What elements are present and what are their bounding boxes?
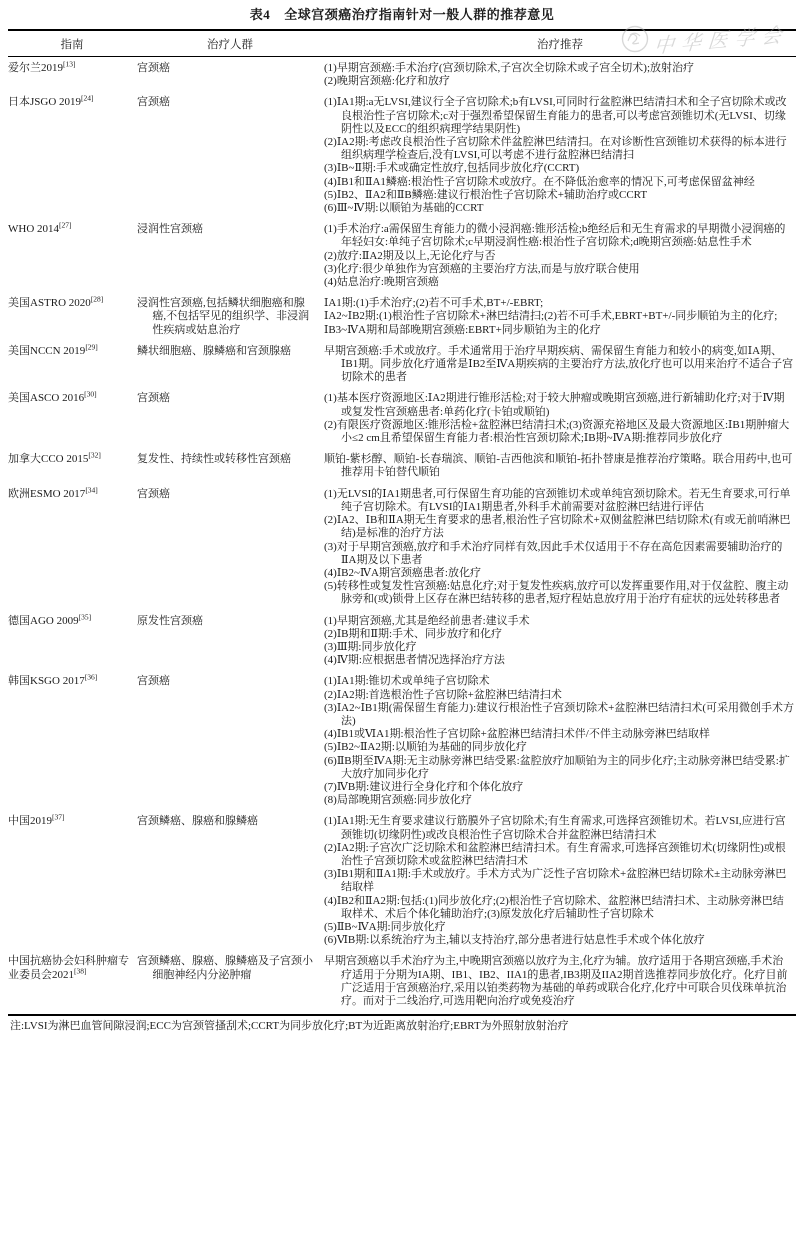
table-title: 表4全球宫颈癌治疗指南针对一般人群的推荐意见	[0, 0, 804, 23]
guideline-cell: 德国AGO 2009[35]	[8, 615, 136, 668]
guideline-name: 韩国KSGO 2017	[8, 675, 85, 687]
table-row: 美国NCCN 2019[29] 鳞状细胞癌、腺鳞癌和宫颈腺癌 早期宫颈癌:手术或…	[8, 345, 796, 385]
guideline-cell: 美国NCCN 2019[29]	[8, 345, 136, 385]
guideline-name: 加拿大CCO 2015	[8, 453, 88, 465]
recommendation-item: 早期宫颈癌:手术或放疗。手术通常用于治疗早期疾病、需保留生育能力和较小的病变,如…	[324, 345, 794, 385]
reference-marker: [32]	[88, 451, 101, 460]
recommendation-item: (3)ⅠB1期和ⅡA1期:手术或放疗。手术方式为广泛性子宫切除术+盆腔淋巴结切除…	[324, 868, 794, 894]
reference-marker: [38]	[74, 966, 87, 975]
population-cell: 宫颈癌	[151, 675, 324, 807]
recommendation-item: (4)Ⅳ期:应根据患者情况选择治疗方法	[324, 654, 794, 667]
recommendation-item: (6)Ⅲ~Ⅳ期:以顺铂为基础的CCRT	[324, 202, 794, 215]
recommendation-cell: (1)基本医疗资源地区:ⅠA2期进行锥形活检;对于较大肿瘤或晚期宫颈癌,进行新辅…	[324, 392, 796, 445]
population-cell: 宫颈鳞癌、腺癌和腺鳞癌	[151, 815, 324, 947]
guideline-cell: 日本JSGO 2019[24]	[8, 96, 136, 215]
reference-marker: [27]	[59, 221, 72, 230]
guideline-name: 德国AGO 2009	[8, 615, 79, 627]
recommendation-item: (3)Ⅲ期:同步放化疗	[324, 641, 794, 654]
recommendation-item: ⅠA2~ⅠB2期:(1)根治性子宫切除术+淋巴结清扫;(2)若不可手术,EBRT…	[324, 310, 794, 323]
table-header-row: 指南 治疗人群 治疗推荐	[8, 31, 796, 57]
guideline-cell: 中国2019[37]	[8, 815, 136, 947]
population-cell: 宫颈癌	[151, 392, 324, 445]
recommendation-cell: (1)无LVSI的ⅠA1期患者,可行保留生育功能的宫颈锥切术或单纯宫颈切除术。若…	[324, 488, 796, 607]
recommendation-item: (6)ⅥB期:以系统治疗为主,辅以支持治疗,部分患者进行姑息性手术或个体化放疗	[324, 934, 794, 947]
table-row: 加拿大CCO 2015[32] 复发性、持续性或转移性宫颈癌 顺铂-紫杉醇、顺铂…	[8, 453, 796, 479]
guideline-cell: 韩国KSGO 2017[36]	[8, 675, 136, 807]
table-row: 欧洲ESMO 2017[34] 宫颈癌 (1)无LVSI的ⅠA1期患者,可行保留…	[8, 488, 796, 607]
population-cell: 宫颈癌	[151, 488, 324, 607]
recommendation-item: (2)ⅠA2期:首选根治性子宫切除+盆腔淋巴结清扫术	[324, 689, 794, 702]
table-row: 中国抗癌协会妇科肿瘤专业委员会2021[38] 宫颈鳞癌、腺癌、腺鳞癌及子宫颈小…	[8, 955, 796, 1008]
table-row: 美国ASCO 2016[30] 宫颈癌 (1)基本医疗资源地区:ⅠA2期进行锥形…	[8, 392, 796, 445]
recommendation-item: (2)ⅠA2期:子宫次广泛切除术和盆腔淋巴结清扫术。有生育需求,可选择宫颈锥切术…	[324, 842, 794, 868]
table-row: 中国2019[37] 宫颈鳞癌、腺癌和腺鳞癌 (1)ⅠA1期:无生育要求建议行筋…	[8, 815, 796, 947]
recommendation-item: (4)姑息治疗:晚期宫颈癌	[324, 276, 794, 289]
recommendation-item: (3)化疗:很少单独作为宫颈癌的主要治疗方法,而是与放疗联合使用	[324, 263, 794, 276]
recommendation-cell: (1)早期宫颈癌,尤其是绝经前患者:建议手术(2)ⅠB期和Ⅱ期:手术、同步放疗和…	[324, 615, 796, 668]
recommendation-item: (2)ⅠA2期:考虑改良根治性子宫切除术伴盆腔淋巴结清扫。在对诊断性宫颈锥切术获…	[324, 136, 794, 162]
recommendation-cell: (1)早期宫颈癌:手术治疗(宫颈切除术,子宫次全切除术或子宫全切术);放射治疗(…	[324, 62, 796, 88]
page-title: 全球宫颈癌治疗指南针对一般人群的推荐意见	[284, 7, 554, 22]
header-guideline: 指南	[8, 36, 136, 52]
recommendation-item: (1)基本医疗资源地区:ⅠA2期进行锥形活检;对于较大肿瘤或晚期宫颈癌,进行新辅…	[324, 392, 794, 418]
guideline-cell: 美国ASTRO 2020[28]	[8, 297, 136, 337]
document-page: 表4全球宫颈癌治疗指南针对一般人群的推荐意见 中华医学会 指南 治疗人群 治疗推…	[0, 0, 804, 1243]
recommendation-item: (2)晚期宫颈癌:化疗和放疗	[324, 75, 794, 88]
header-population: 治疗人群	[136, 36, 324, 52]
guideline-name: 美国ASTRO 2020	[8, 297, 91, 309]
guideline-cell: 中国抗癌协会妇科肿瘤专业委员会2021[38]	[8, 955, 136, 1008]
table-row: 韩国KSGO 2017[36] 宫颈癌 (1)ⅠA1期:锥切术或单纯子宫切除术(…	[8, 675, 796, 807]
guidelines-table: 指南 治疗人群 治疗推荐 爱尔兰2019[13] 宫颈癌 (1)早期宫颈癌:手术…	[8, 29, 796, 1016]
recommendation-item: (4)ⅠB2~ⅣA期宫颈癌患者:放化疗	[324, 567, 794, 580]
recommendation-item: (1)ⅠA1期:锥切术或单纯子宫切除术	[324, 675, 794, 688]
population-cell: 鳞状细胞癌、腺鳞癌和宫颈腺癌	[151, 345, 324, 385]
header-recommendation: 治疗推荐	[324, 36, 796, 52]
population-cell: 浸润性宫颈癌,包括鳞状细胞癌和腺癌,不包括罕见的组织学、非浸润性疾病或姑息治疗	[151, 297, 324, 337]
recommendation-cell: (1)ⅠA1期:a无LVSI,建议行全子宫切除术;b有LVSI,可同时行盆腔淋巴…	[324, 96, 796, 215]
reference-marker: [13]	[63, 59, 76, 68]
recommendation-item: (5)ⅡB~ⅣA期:同步放化疗	[324, 921, 794, 934]
reference-marker: [37]	[52, 813, 65, 822]
table-body: 爱尔兰2019[13] 宫颈癌 (1)早期宫颈癌:手术治疗(宫颈切除术,子宫次全…	[8, 57, 796, 1014]
recommendation-item: (8)局部晚期宫颈癌:同步放化疗	[324, 794, 794, 807]
recommendation-cell: 早期宫颈癌:手术或放疗。手术通常用于治疗早期疾病、需保留生育能力和较小的病变,如…	[324, 345, 796, 385]
reference-marker: [30]	[84, 390, 97, 399]
guideline-cell: 欧洲ESMO 2017[34]	[8, 488, 136, 607]
guideline-name: 美国NCCN 2019	[8, 345, 85, 357]
recommendation-item: (1)无LVSI的ⅠA1期患者,可行保留生育功能的宫颈锥切术或单纯宫颈切除术。若…	[324, 488, 794, 514]
table-row: WHO 2014[27] 浸润性宫颈癌 (1)手术治疗:a需保留生育能力的微小浸…	[8, 223, 796, 289]
guideline-name: 美国ASCO 2016	[8, 392, 84, 404]
population-cell: 复发性、持续性或转移性宫颈癌	[151, 453, 324, 479]
recommendation-item: (1)早期宫颈癌,尤其是绝经前患者:建议手术	[324, 615, 794, 628]
reference-marker: [24]	[81, 94, 94, 103]
population-cell: 宫颈癌	[151, 62, 324, 88]
recommendation-cell: ⅠA1期:(1)手术治疗;(2)若不可手术,BT+/-EBRT;ⅠA2~ⅠB2期…	[324, 297, 796, 337]
table-number-label: 表4	[250, 7, 271, 22]
guideline-name: WHO 2014	[8, 223, 59, 235]
recommendation-cell: (1)手术治疗:a需保留生育能力的微小浸润癌:锥形活检;b绝经后和无生育需求的早…	[324, 223, 796, 289]
guideline-cell: 爱尔兰2019[13]	[8, 62, 136, 88]
population-cell: 原发性宫颈癌	[151, 615, 324, 668]
recommendation-item: (3)ⅠB~Ⅱ期:手术或确定性放疗,包括同步放化疗(CCRT)	[324, 162, 794, 175]
recommendation-item: (3)对于早期宫颈癌,放疗和手术治疗同样有效,因此手术仅适用于不存在高危因素需要…	[324, 541, 794, 567]
reference-marker: [35]	[79, 612, 92, 621]
recommendation-item: (4)ⅠB1或ⅥA1期:根治性子宫切除+盆腔淋巴结清扫术伴/不伴主动脉旁淋巴结取…	[324, 728, 794, 741]
table-footnote: 注:LVSI为淋巴血管间隙浸润;ECC为宫颈管搔刮术;CCRT为同步放化疗;BT…	[10, 1020, 796, 1033]
recommendation-item: (3)ⅠA2~ⅠB1期(需保留生育能力):建议行根治性子宫颈切除术+盆腔淋巴结清…	[324, 702, 794, 728]
table-row: 德国AGO 2009[35] 原发性宫颈癌 (1)早期宫颈癌,尤其是绝经前患者:…	[8, 615, 796, 668]
reference-marker: [29]	[85, 342, 98, 351]
recommendation-item: (2)有限医疗资源地区:锥形活检+盆腔淋巴结清扫术;(3)资源充裕地区及最大资源…	[324, 419, 794, 445]
guideline-name: 欧洲ESMO 2017	[8, 488, 85, 500]
recommendation-item: (1)ⅠA1期:a无LVSI,建议行全子宫切除术;b有LVSI,可同时行盆腔淋巴…	[324, 96, 794, 136]
guideline-name: 日本JSGO 2019	[8, 96, 81, 108]
recommendation-item: (2)放疗:ⅡA2期及以上,无论化疗与否	[324, 250, 794, 263]
recommendation-item: (6)ⅡB期至ⅣA期:无主动脉旁淋巴结受累:盆腔放疗加顺铂为主的同步化疗;主动脉…	[324, 755, 794, 781]
guideline-cell: 加拿大CCO 2015[32]	[8, 453, 136, 479]
population-cell: 宫颈鳞癌、腺癌、腺鳞癌及子宫颈小细胞神经内分泌肿瘤	[151, 955, 324, 1008]
reference-marker: [34]	[85, 485, 98, 494]
guideline-name: 爱尔兰2019	[8, 62, 63, 74]
recommendation-cell: (1)ⅠA1期:锥切术或单纯子宫切除术(2)ⅠA2期:首选根治性子宫切除+盆腔淋…	[324, 675, 796, 807]
recommendation-item: ⅠA1期:(1)手术治疗;(2)若不可手术,BT+/-EBRT;	[324, 297, 794, 310]
reference-marker: [36]	[85, 673, 98, 682]
recommendation-item: ⅠB3~ⅣA期和局部晚期宫颈癌:EBRT+同步顺铂为主的化疗	[324, 324, 794, 337]
guideline-cell: WHO 2014[27]	[8, 223, 136, 289]
recommendation-item: (1)早期宫颈癌:手术治疗(宫颈切除术,子宫次全切除术或子宫全切术);放射治疗	[324, 62, 794, 75]
recommendation-cell: (1)ⅠA1期:无生育要求建议行筋膜外子宫切除术;有生育需求,可选择宫颈锥切术。…	[324, 815, 796, 947]
guideline-name: 中国抗癌协会妇科肿瘤专业委员会2021	[8, 955, 129, 980]
recommendation-item: (1)手术治疗:a需保留生育能力的微小浸润癌:锥形活检;b绝经后和无生育需求的早…	[324, 223, 794, 249]
recommendation-cell: 早期宫颈癌以手术治疗为主,中晚期宫颈癌以放疗为主,化疗为辅。放疗适用于各期宫颈癌…	[324, 955, 796, 1008]
recommendation-item: (4)ⅠB1和ⅡA1鳞癌:根治性子宫切除术或放疗。在不降低治愈率的情况下,可考虑…	[324, 176, 794, 189]
population-cell: 浸润性宫颈癌	[151, 223, 324, 289]
recommendation-item: 早期宫颈癌以手术治疗为主,中晚期宫颈癌以放疗为主,化疗为辅。放疗适用于各期宫颈癌…	[324, 955, 794, 1008]
population-cell: 宫颈癌	[151, 96, 324, 215]
recommendation-item: (1)ⅠA1期:无生育要求建议行筋膜外子宫切除术;有生育需求,可选择宫颈锥切术。…	[324, 815, 794, 841]
guideline-name: 中国2019	[8, 815, 52, 827]
recommendation-item: (5)转移性或复发性宫颈癌:姑息化疗;对于复发性疾病,放疗可以发挥重要作用,对于…	[324, 580, 794, 606]
guideline-cell: 美国ASCO 2016[30]	[8, 392, 136, 445]
reference-marker: [28]	[91, 295, 104, 304]
recommendation-item: (7)ⅣB期:建议进行全身化疗和个体化放疗	[324, 781, 794, 794]
recommendation-item: (2)ⅠA2、ⅠB和ⅡA期无生育要求的患者,根治性子宫切除术+双侧盆腔淋巴结切除…	[324, 514, 794, 540]
table-row: 日本JSGO 2019[24] 宫颈癌 (1)ⅠA1期:a无LVSI,建议行全子…	[8, 96, 796, 215]
recommendation-item: (5)ⅠB2~ⅡA2期:以顺铂为基础的同步放化疗	[324, 741, 794, 754]
recommendation-item: (5)ⅠB2、ⅡA2和ⅡB鳞癌:建议行根治性子宫切除术+辅助治疗或CCRT	[324, 189, 794, 202]
table-row: 美国ASTRO 2020[28] 浸润性宫颈癌,包括鳞状细胞癌和腺癌,不包括罕见…	[8, 297, 796, 337]
recommendation-cell: 顺铂-紫杉醇、顺铂-长春瑞滨、顺铂-吉西他滨和顺铂-拓扑替康是推荐治疗策略。联合…	[324, 453, 796, 479]
table-row: 爱尔兰2019[13] 宫颈癌 (1)早期宫颈癌:手术治疗(宫颈切除术,子宫次全…	[8, 62, 796, 88]
recommendation-item: 顺铂-紫杉醇、顺铂-长春瑞滨、顺铂-吉西他滨和顺铂-拓扑替康是推荐治疗策略。联合…	[324, 453, 794, 479]
recommendation-item: (4)ⅠB2和ⅡA2期:包括:(1)同步放化疗;(2)根治性子宫切除术、盆腔淋巴…	[324, 895, 794, 921]
recommendation-item: (2)ⅠB期和Ⅱ期:手术、同步放疗和化疗	[324, 628, 794, 641]
